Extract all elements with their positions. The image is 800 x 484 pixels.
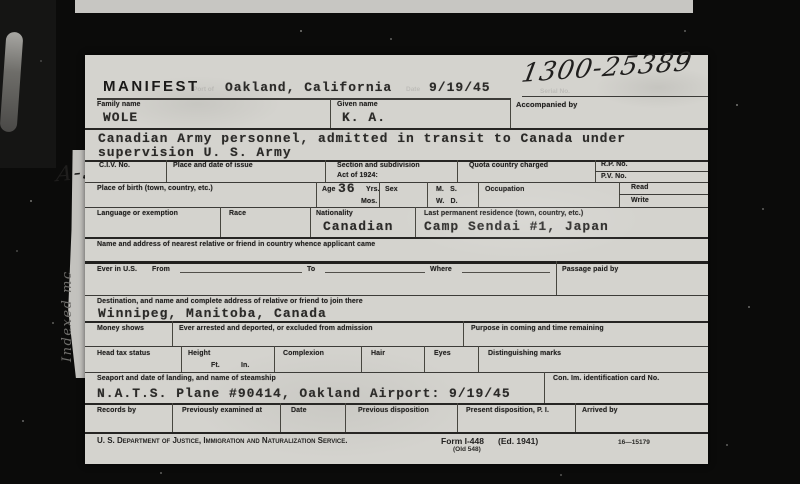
fill-rule [462, 272, 550, 273]
accompanied-by-label: Accompanied by [516, 101, 577, 109]
previously-examined-label: Previously examined at [182, 407, 262, 415]
seaport-landing-label: Seaport and date of landing, and name of… [97, 375, 276, 383]
remarks-line-2: supervision U. S. Army [98, 145, 292, 160]
row-rule [85, 346, 708, 347]
fill-rule [180, 272, 302, 273]
nearest-relative-label: Name and address of nearest relative or … [97, 241, 375, 249]
to-label: To [307, 266, 315, 274]
destination-value: Winnipeg, Manitoba, Canada [98, 306, 327, 321]
quota-country-label: Quota country charged [469, 162, 548, 170]
age-label: Age [322, 186, 336, 194]
date-label: Date [406, 86, 420, 93]
port-value: Oakland, California [225, 80, 392, 95]
family-name-value: WOLE [103, 110, 138, 125]
con-im-card-label: Con. Im. identification card No. [553, 375, 659, 383]
row-rule [85, 261, 708, 264]
footer-agency: U. S. Department of Justice, Immigration… [97, 436, 347, 445]
column-divider [424, 346, 425, 372]
indexed-pencil-note: Indexed mc [60, 202, 75, 362]
ever-in-us-label: Ever in U.S. [97, 266, 137, 274]
column-divider [316, 182, 317, 207]
column-divider [220, 207, 221, 237]
column-divider [457, 160, 458, 182]
seaport-landing-value: N.A.T.S. Plane #90414, Oakland Airport: … [97, 386, 511, 401]
serial-number-handwritten: 1300-25389 [519, 47, 695, 89]
destination-label: Destination, and name and complete addre… [97, 298, 363, 306]
rp-no-label: R.P. No. [601, 161, 628, 169]
section-subdivision-label: Section and subdivision [337, 162, 420, 170]
column-divider [310, 207, 311, 237]
family-name-label: Family name [97, 101, 141, 109]
language-exemption-label: Language or exemption [97, 210, 178, 218]
remarks-line-1: Canadian Army personnel, admitted in tra… [98, 131, 626, 146]
present-disposition-label: Present disposition, P. I. [466, 407, 549, 415]
manifest-card: MANIFEST Port of Oakland, California Dat… [85, 55, 708, 464]
row-rule [85, 182, 708, 183]
footer-old-number: (Old 548) [453, 446, 481, 453]
row-rule [85, 295, 708, 296]
given-name-value: K. A. [342, 110, 386, 125]
header-rule [97, 98, 511, 100]
column-divider [510, 99, 511, 128]
inches-label: In. [241, 362, 249, 370]
column-divider [478, 346, 479, 372]
column-divider [325, 160, 326, 182]
column-divider [544, 372, 545, 403]
cell-rule [619, 194, 708, 195]
married-single-label: M. S. [436, 186, 457, 194]
serial-rule [522, 96, 708, 97]
column-divider [379, 182, 380, 207]
row-rule [85, 432, 708, 434]
date-value: 9/19/45 [429, 80, 491, 95]
column-divider [280, 403, 281, 432]
widowed-divorced-label: W. D. [436, 198, 458, 206]
column-divider [556, 261, 557, 295]
feet-label: Ft. [211, 362, 220, 370]
act-of-1924-label: Act of 1924: [337, 172, 378, 180]
port-label: Port of [193, 86, 214, 93]
distinguishing-marks-label: Distinguishing marks [488, 350, 561, 358]
last-residence-label: Last permanent residence (town, country,… [424, 210, 583, 218]
complexion-label: Complexion [283, 350, 324, 358]
row-rule [85, 372, 708, 373]
ever-arrested-label: Ever arrested and deported, or excluded … [179, 325, 373, 333]
column-divider [575, 403, 576, 432]
footer-print-code: 16—15179 [618, 439, 650, 446]
money-shows-label: Money shows [97, 325, 144, 333]
arrived-by-label: Arrived by [582, 407, 618, 415]
purpose-label: Purpose in coming and time remaining [471, 325, 604, 333]
age-value: 36 [338, 181, 356, 196]
row-rule [85, 321, 708, 323]
footer-edition: (Ed. 1941) [498, 436, 538, 446]
fill-rule [325, 272, 425, 273]
row-rule [85, 128, 708, 130]
column-divider [345, 403, 346, 432]
column-divider [415, 207, 416, 237]
adjacent-card-edge [75, 0, 693, 13]
pv-no-label: P.V. No. [601, 173, 627, 181]
column-divider [330, 99, 331, 128]
film-grain [0, 0, 2, 2]
last-residence-value: Camp Sendai #1, Japan [424, 219, 609, 234]
height-label: Height [188, 350, 210, 358]
row-rule [85, 237, 708, 239]
eyes-label: Eyes [434, 350, 451, 358]
records-by-label: Records by [97, 407, 136, 415]
head-tax-label: Head tax status [97, 350, 150, 358]
sex-label: Sex [385, 186, 398, 194]
nationality-value: Canadian [323, 219, 393, 234]
nationality-label: Nationality [316, 210, 353, 218]
write-label: Write [631, 197, 649, 205]
previous-disposition-label: Previous disposition [358, 407, 429, 415]
exam-date-label: Date [291, 407, 307, 415]
from-label: From [152, 266, 170, 274]
column-divider [427, 182, 428, 207]
column-divider [172, 403, 173, 432]
serial-label: Serial No. [540, 88, 570, 95]
scanned-manifest-page: { "header": { "title": "MANIFEST", "port… [0, 0, 800, 484]
column-divider [181, 346, 182, 372]
column-divider [478, 182, 479, 207]
where-label: Where [430, 266, 452, 274]
occupation-label: Occupation [485, 186, 525, 194]
mos-label: Mos. [361, 198, 377, 206]
column-divider [172, 321, 173, 346]
civ-no-label: C.I.V. No. [99, 162, 130, 170]
read-label: Read [631, 184, 649, 192]
place-date-issue-label: Place and date of issue [173, 162, 253, 170]
cell-rule [595, 171, 708, 172]
column-divider [457, 403, 458, 432]
row-rule [85, 403, 708, 405]
given-name-label: Given name [337, 101, 378, 109]
column-divider [274, 346, 275, 372]
race-label: Race [229, 210, 246, 218]
column-divider [361, 346, 362, 372]
yrs-label: Yrs. [366, 186, 380, 194]
column-divider [463, 321, 464, 346]
column-divider [166, 160, 167, 182]
hair-label: Hair [371, 350, 385, 358]
manifest-title: MANIFEST [103, 78, 200, 95]
footer-form-number: Form I-448 [441, 436, 484, 446]
place-of-birth-label: Place of birth (town, country, etc.) [97, 185, 213, 193]
row-rule [85, 207, 708, 208]
passage-paid-by-label: Passage paid by [562, 266, 618, 274]
